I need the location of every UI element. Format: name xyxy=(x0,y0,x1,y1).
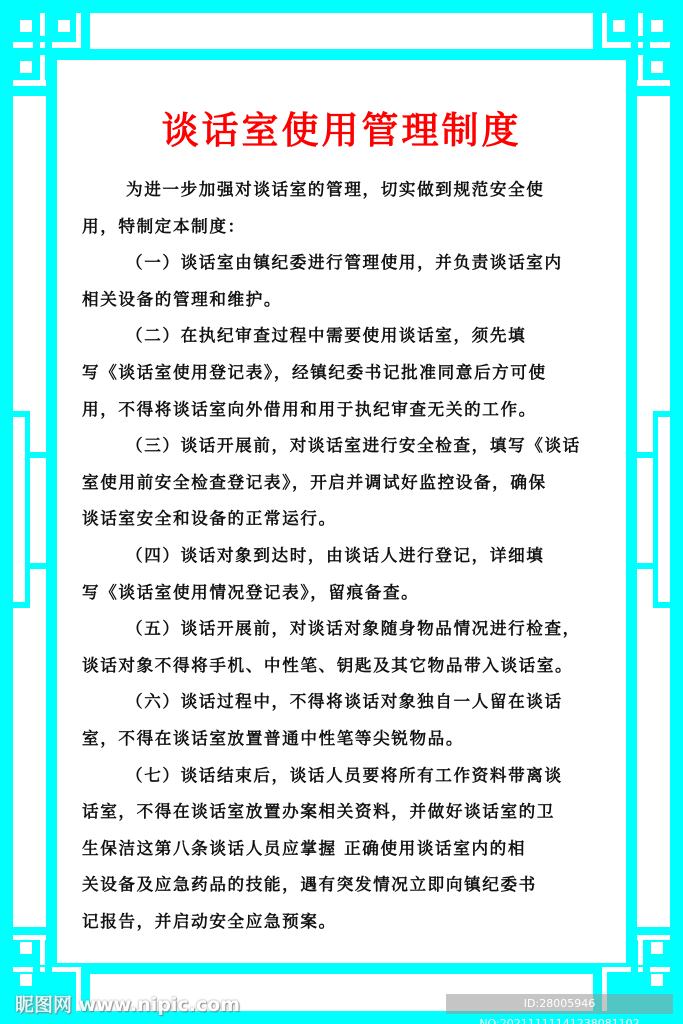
frame-right-bracket-step-top xyxy=(637,452,653,458)
paragraph-first-line: （一）谈话室由镇纪委进行管理使用，并负责谈话室内 xyxy=(82,245,612,282)
watermark-site: 昵图网 www.nipic.com xyxy=(15,990,240,1017)
paragraph-line: 记报告，并启动安全应急预案。 xyxy=(82,904,612,941)
paragraph-line: 写《谈话室使用情况登记表》，留痕备查。 xyxy=(82,575,612,612)
paragraph-first-line: （六）谈话过程中，不得将谈话对象独自一人留在谈话 xyxy=(82,684,612,721)
frame-left-gap-lower xyxy=(13,610,46,927)
poster-title: 谈话室使用管理制度 xyxy=(0,100,683,154)
regulation-body: 为进一步加强对谈话室的管理，切实做到规范安全使用，特制定本制度：（一）谈话室由镇… xyxy=(82,172,612,940)
frame-right-bracket-inner xyxy=(658,417,670,602)
frame-right-bracket-step-bottom xyxy=(637,563,653,569)
frame-left-bracket-step-bottom xyxy=(30,563,46,569)
paragraph-line: 室，不得在谈话室放置普通中性笔等尖锐物品。 xyxy=(82,721,612,758)
paragraph-line: 用，特制定本制度： xyxy=(82,209,612,246)
paragraph-line: 话室，不得在谈话室放置办案相关资料，并做好谈话室的卫 xyxy=(82,794,612,831)
frame-right-gap-lower xyxy=(637,610,670,927)
paragraph-line: 用，不得将谈话室向外借用和用于执纪审查无关的工作。 xyxy=(82,392,612,429)
paragraph-first-line: （五）谈话开展前，对谈话对象随身物品情况进行检查， xyxy=(82,611,612,648)
paragraph-first-line: （四）谈话对象到达时，由谈话人进行登记，详细填 xyxy=(82,538,612,575)
paragraph-line: 谈话对象不得将手机、中性笔、钥匙及其它物品带入谈话室。 xyxy=(82,648,612,685)
paragraph-line: 生保洁这第八条谈话人员应掌握 正确使用谈话室内的相 xyxy=(82,831,612,868)
paragraph-first-line: （二）在执纪审查过程中需要使用谈话室，须先填 xyxy=(82,318,612,355)
paragraph-first-line: （七）谈话结束后，谈话人员要将所有工作资料带离谈 xyxy=(82,758,612,795)
paragraph-line: 室使用前安全检查登记表》，开启并调试好监控设备，确保 xyxy=(82,465,612,502)
watermark-id: ID:28005946 NO:20211111141238081102 xyxy=(446,994,673,1014)
paragraph-line: 相关设备的管理和维护。 xyxy=(82,282,612,319)
paragraph-line: 写《谈话室使用登记表》，经镇纪委书记批准同意后方可使 xyxy=(82,355,612,392)
paragraph-first-line: 为进一步加强对谈话室的管理，切实做到规范安全使 xyxy=(82,172,612,209)
frame-left-bracket-inner xyxy=(13,417,25,602)
paragraph-first-line: （三）谈话开展前，对谈话室进行安全检查，填写《谈话 xyxy=(82,428,612,465)
frame-top-gap xyxy=(90,13,593,49)
paragraph-line: 关设备及应急药品的技能，遇有突发情况立即向镇纪委书 xyxy=(82,867,612,904)
frame-left-bracket-step-top xyxy=(30,452,46,458)
paragraph-line: 谈话室安全和设备的正常运行。 xyxy=(82,501,612,538)
